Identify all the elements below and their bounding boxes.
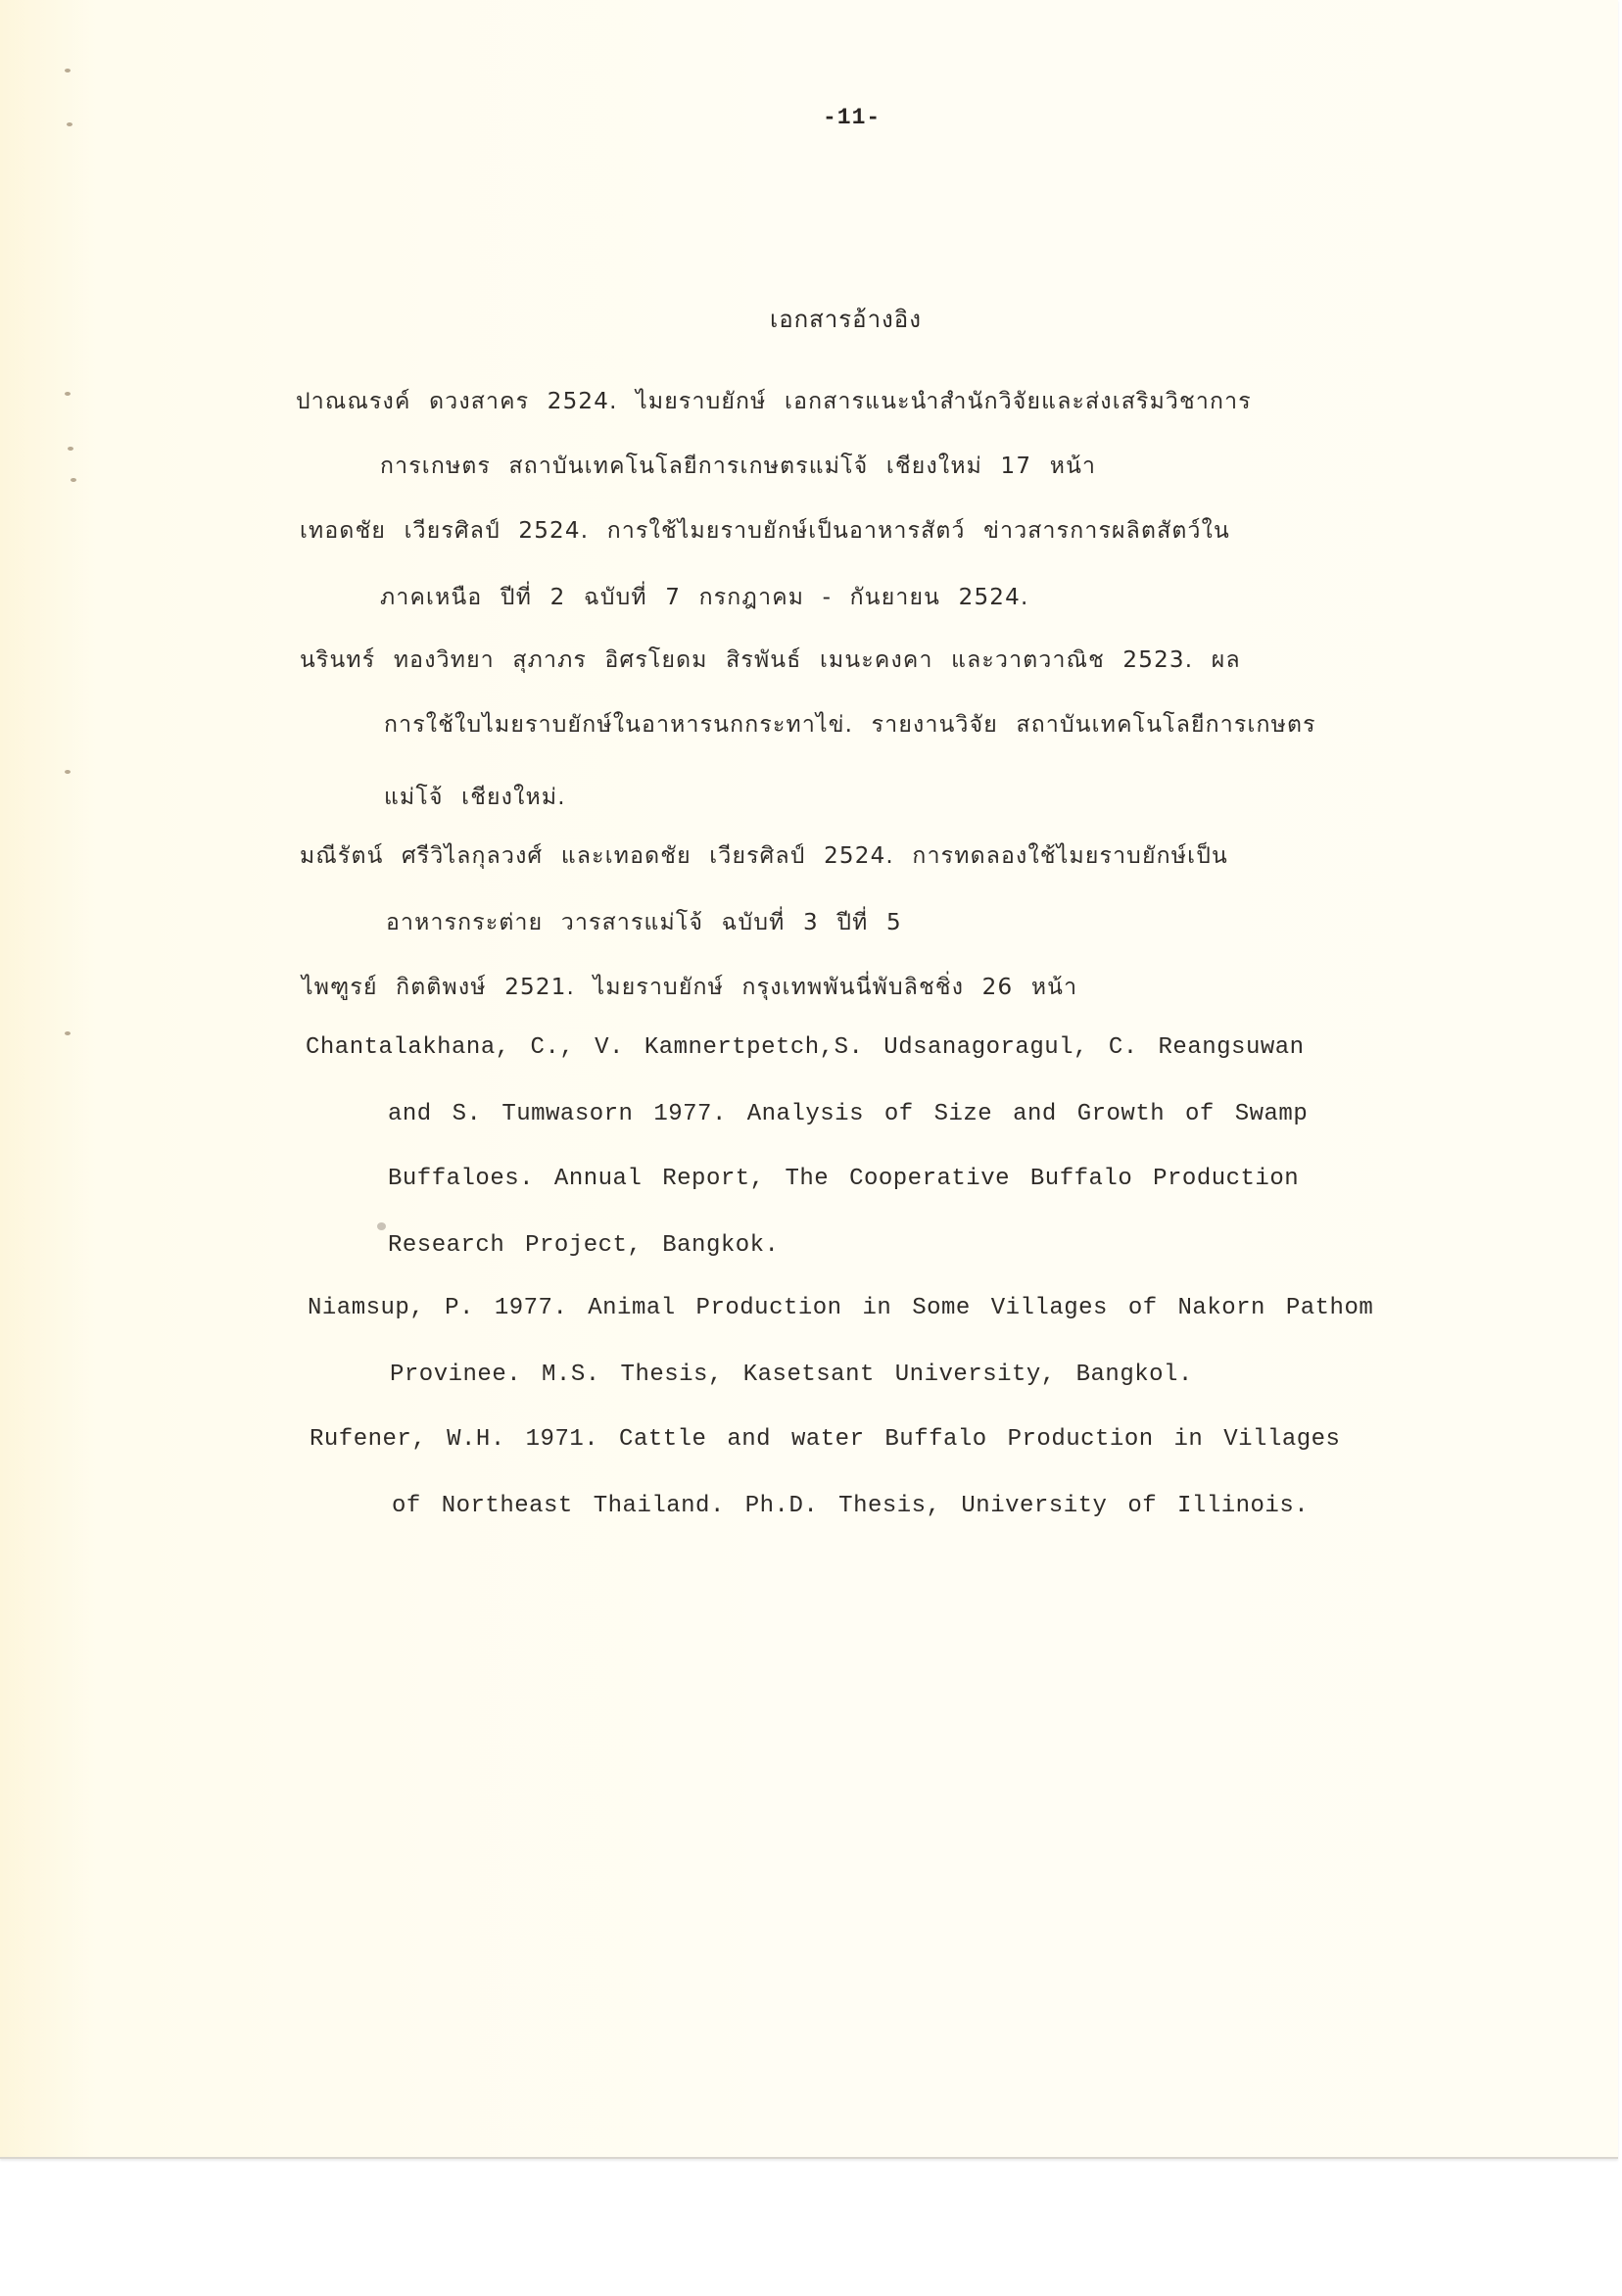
reference-line: ไพฑูรย์ กิตติพงษ์ 2521. ไมยราบยักษ์ กรุง… <box>302 970 1077 1005</box>
reference-line: มณีรัตน์ ศรีวิไลกุลวงศ์ และเทอดชัย เวียร… <box>300 838 1228 874</box>
reference-line: Chantalakhana, C., V. Kamnertpetch,S. Ud… <box>306 1034 1305 1061</box>
reference-line: แม่โจ้ เชียงใหม่. <box>384 780 566 815</box>
page-heading: เอกสารอ้างอิง <box>770 300 922 338</box>
reference-line: Niamsup, P. 1977. Animal Production in S… <box>308 1295 1373 1321</box>
scan-speck <box>65 1031 71 1035</box>
scan-speck <box>65 69 71 72</box>
reference-line: การเกษตร สถาบันเทคโนโลยีการเกษตรแม่โจ้ เ… <box>380 449 1096 484</box>
reference-line: ปาณณรงค์ ดวงสาคร 2524. ไมยราบยักษ์ เอกสา… <box>296 384 1252 419</box>
page-number: -11- <box>823 105 881 130</box>
reference-line: Buffaloes. Annual Report, The Cooperativ… <box>388 1166 1299 1192</box>
reference-line: นรินทร์ ทองวิทยา สุภาภร อิศรโยดม สิรพันธ… <box>300 643 1241 678</box>
reference-line: and S. Tumwasorn 1977. Analysis of Size … <box>388 1101 1308 1127</box>
scanned-page: -11- เอกสารอ้างอิง ปาณณรงค์ ดวงสาคร 2524… <box>0 0 1618 2159</box>
scan-speck <box>68 447 73 451</box>
reference-line: Research Project, Bangkok. <box>388 1232 779 1259</box>
scan-speck <box>67 122 72 126</box>
reference-line: ภาคเหนือ ปีที่ 2 ฉบับที่ 7 กรกฎาคม - กัน… <box>380 580 1028 615</box>
scan-speck <box>71 478 76 482</box>
reference-line: Provinee. M.S. Thesis, Kasetsant Univers… <box>390 1362 1193 1388</box>
scan-speck <box>65 392 71 396</box>
reference-line: การใช้ใบไมยราบยักษ์ในอาหารนกกระทาไข่. รา… <box>384 707 1316 742</box>
reference-line: เทอดชัย เวียรศิลป์ 2524. การใช้ไมยราบยัก… <box>300 513 1230 549</box>
reference-line: of Northeast Thailand. Ph.D. Thesis, Uni… <box>392 1493 1309 1519</box>
reference-line: Rufener, W.H. 1971. Cattle and water Buf… <box>310 1426 1340 1453</box>
scan-speck <box>377 1222 386 1230</box>
scan-speck <box>65 770 71 774</box>
reference-line: อาหารกระต่าย วารสารแม่โจ้ ฉบับที่ 3 ปีที… <box>386 905 902 940</box>
